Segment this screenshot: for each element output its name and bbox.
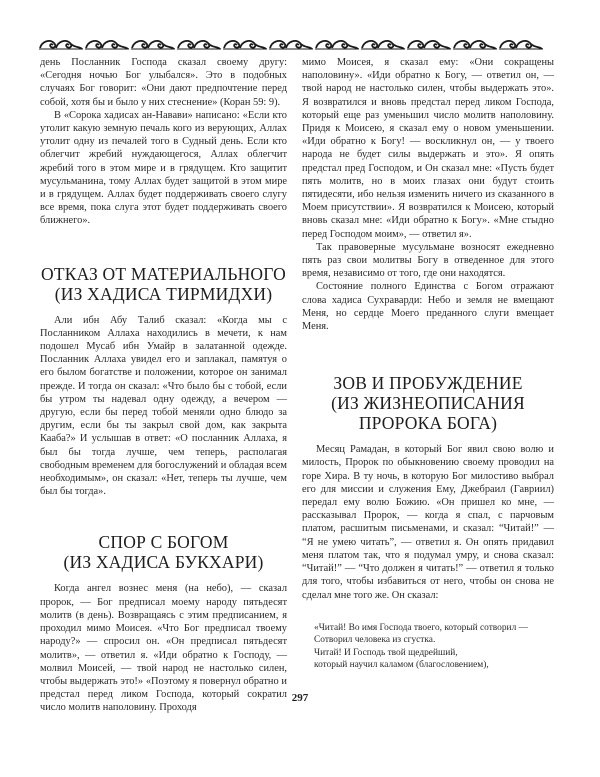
heading-line: (ИЗ ХАДИСА ТИРМИДХИ) <box>40 284 287 304</box>
verse-line: который научил каламом (благословением), <box>314 659 554 672</box>
page-number: 297 <box>0 692 600 704</box>
paragraph: Так правоверные мусульмане возносят ежед… <box>302 241 554 281</box>
paragraph: В «Сорока хадисах ан-Навави» написано: «… <box>40 109 287 228</box>
heading-line: СПОР С БОГОМ <box>40 532 287 552</box>
paragraph: Состояние полного Единства с Богом отраж… <box>302 280 554 333</box>
heading-line: ЗОВ И ПРОБУЖДЕНИЕ <box>302 373 554 393</box>
verse-line: Читай! И Господь твой щедрейший, <box>314 647 554 660</box>
verse-line: «Читай! Во имя Господа твоего, который с… <box>314 622 554 635</box>
paragraph: Али ибн Абу Талиб сказал: «Когда мы с По… <box>40 314 287 499</box>
right-column: мимо Моисея, я сказал ему: «Они сокращен… <box>302 56 554 672</box>
section-heading: ОТКАЗ ОТ МАТЕРИАЛЬНОГО (ИЗ ХАДИСА ТИРМИД… <box>40 264 287 304</box>
paragraph: день Посланник Господа сказал своему дру… <box>40 56 287 109</box>
section-heading: ЗОВ И ПРОБУЖДЕНИЕ (ИЗ ЖИЗНЕОПИСАНИЯ ПРОР… <box>302 373 554 433</box>
section-heading: СПОР С БОГОМ (ИЗ ХАДИСА БУКХАРИ) <box>40 532 287 572</box>
heading-line: ОТКАЗ ОТ МАТЕРИАЛЬНОГО <box>40 264 287 284</box>
heading-line: ПРОРОКА БОГА) <box>302 413 554 433</box>
heading-line: (ИЗ ЖИЗНЕОПИСАНИЯ <box>302 393 554 413</box>
quoted-verse: «Читай! Во имя Господа твоего, который с… <box>302 622 554 672</box>
paragraph: Месяц Рамадан, в который Бог явил свою в… <box>302 443 554 601</box>
paragraph: мимо Моисея, я сказал ему: «Они сокращен… <box>302 56 554 241</box>
left-column: день Посланник Господа сказал своему дру… <box>40 56 287 715</box>
heading-line: (ИЗ ХАДИСА БУКХАРИ) <box>40 552 287 572</box>
wave-scroll-border-icon <box>38 38 548 50</box>
verse-line: Сотворил человека из сгустка. <box>314 634 554 647</box>
